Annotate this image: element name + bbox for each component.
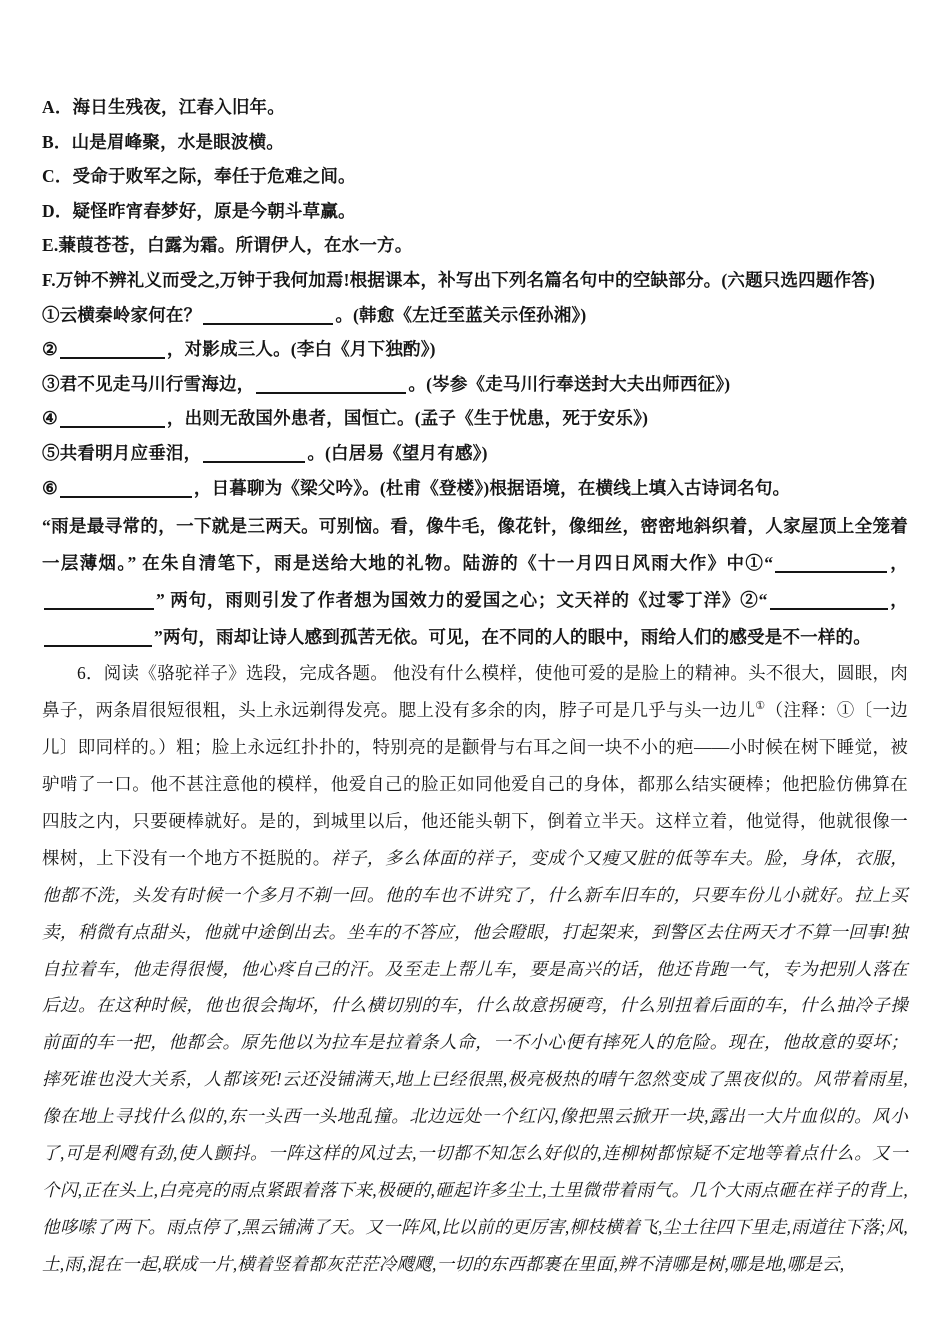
fill-item-5-pre: ⑤共看明月应垂泪， [42,443,201,463]
rain-segment-3: ”两句，雨却让诗人感到孤苦无依。可见，在不同的人的眼中，雨给人们的感受是不一样的… [154,627,871,647]
blank-line [775,554,887,573]
fill-item-1-post: 。(韩愈《左迁至蓝关示侄孙湘》) [335,305,586,325]
fill-item-2-pre: ② [42,339,58,359]
rain-comma-2: ， [890,590,908,610]
blank-line [203,306,333,325]
blank-line [256,375,406,394]
fill-item-1: ①云横秦岭家何在？。(韩愈《左迁至蓝关示侄孙湘》) [42,298,908,333]
rain-segment-2: ” 两句，雨则引发了作者想为国效力的爱国之心；文天祥的《过零丁洋》②“ [156,590,768,610]
fill-item-1-pre: ①云横秦岭家何在？ [42,305,201,325]
fill-item-3: ③君不见走马川行雪海边，。(岑参《走马川行奉送封大夫出师西征》) [42,367,908,402]
blank-line [60,341,165,360]
blank-line [60,479,192,498]
fill-item-5: ⑤共看明月应垂泪，。(白居易《望月有感》) [42,436,908,471]
choice-options-block: A．海日生残夜，江春入旧年。 B．山是眉峰聚，水是眼波横。 C．受命于败军之际，… [42,90,908,505]
fill-item-2-post: ，对影成三人。(李白《月下独酌》) [167,339,436,359]
blank-line [203,444,305,463]
option-e: E.蒹葭苍苍，白露为霜。所谓伊人，在水一方。 [42,228,908,263]
fill-item-4: ④，出则无敌国外患者，国恒亡。(孟子《生于忧患，死于安乐》) [42,401,908,436]
fill-item-3-pre: ③君不见走马川行雪海边， [42,374,254,394]
fill-item-5-post: 。(白居易《望月有感》) [307,443,487,463]
rain-context-paragraph: “雨是最寻常的，一下就是三两天。可别恼。看，像牛毛，像花针，像细丝，密密地斜织着… [42,508,908,655]
reading-passage: 6．阅读《骆驼祥子》选段，完成各题。 他没有什么模样，使他可爱的是脸上的精神。头… [42,655,908,1282]
option-b: B．山是眉峰聚，水是眼波横。 [42,125,908,160]
passage-excerpt-kai: 祥子，多么体面的祥子，变成个又瘦又脏的低等车夫。脸，身体，衣服，他都不洗，头发有… [42,848,908,1274]
fill-item-6: ⑥，日暮聊为《梁父吟》。(杜甫《登楼》)根据语境，在横线上填入古诗词名句。 [42,471,908,506]
fill-item-4-post: ，出则无敌国外患者，国恒亡。(孟子《生于忧患，死于安乐》) [167,408,648,428]
fill-item-6-post: ，日暮聊为《梁父吟》。(杜甫《登楼》)根据语境，在横线上填入古诗词名句。 [194,478,790,498]
fill-item-3-post: 。(岑参《走马川行奉送封大夫出师西征》) [408,374,730,394]
option-d: D．疑怪昨宵春梦好，原是今朝斗草赢。 [42,194,908,229]
rain-comma-1: ， [889,553,908,573]
fill-item-6-pre: ⑥ [42,478,58,498]
footnote-marker: ① [755,700,765,712]
blank-line [60,410,165,429]
blank-line [44,628,152,647]
blank-line [770,591,888,610]
passage-description-continued: （注释：①〔一边儿〕即同样的。）粗；脸上永远红扑扑的，特别亮的是颧骨与右耳之间一… [42,700,908,868]
blank-line [44,591,154,610]
option-a: A．海日生残夜，江春入旧年。 [42,90,908,125]
exam-page: A．海日生残夜，江春入旧年。 B．山是眉峰聚，水是眼波横。 C．受命于败军之际，… [0,0,950,1344]
fill-item-2: ②，对影成三人。(李白《月下独酌》) [42,332,908,367]
option-f-instruction: F.万钟不辨礼义而受之,万钟于我何加焉!根据课本，补写出下列名篇名句中的空缺部分… [42,263,908,298]
fill-item-4-pre: ④ [42,408,58,428]
option-c: C．受命于败军之际，奉任于危难之间。 [42,159,908,194]
